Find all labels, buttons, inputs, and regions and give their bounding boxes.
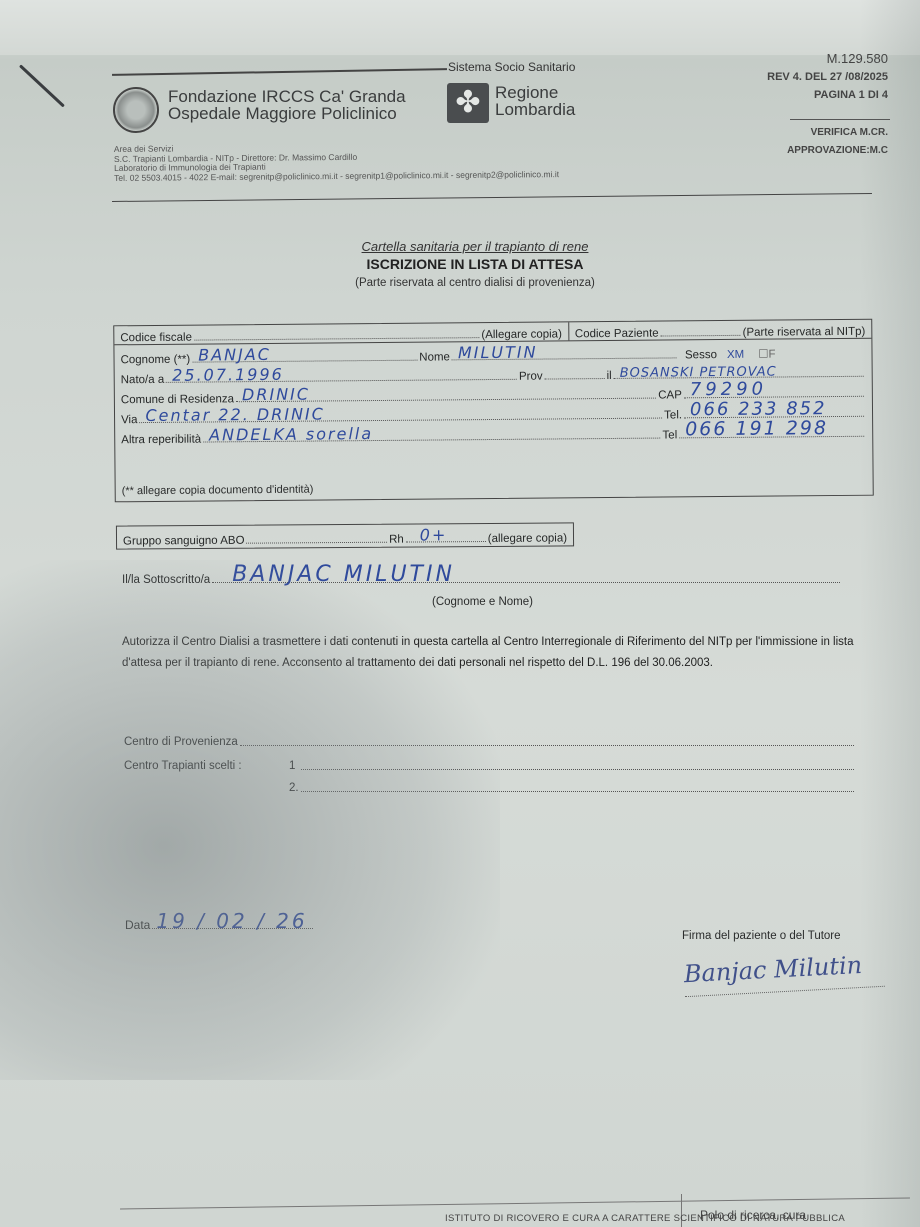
centro-trapianti-row-2: 2.: [289, 782, 856, 794]
photo-edge-shadow: [860, 0, 920, 1227]
nome-value: MILUTIN: [458, 343, 538, 363]
choice-2-number: 2.: [289, 782, 299, 794]
sottoscritto-field[interactable]: BANJAC MILUTIN: [212, 582, 840, 583]
firma-label: Firma del paziente o del Tutore: [682, 930, 841, 942]
via-value: Centar 22. DRINIC: [145, 404, 325, 425]
cognome-nome-caption: (Cognome e Nome): [432, 596, 533, 608]
form-title-block: Cartella sanitaria per il trapianto di r…: [300, 239, 650, 289]
centro-trapianti-row-1: Centro Trapianti scelti : 1: [124, 760, 856, 772]
prov-field[interactable]: [545, 378, 605, 380]
department-info: Area dei Servizi S.C. Trapianti Lombardi…: [114, 141, 559, 183]
paper-background: [0, 0, 920, 1227]
policlinico-seal-icon: [113, 87, 159, 133]
nome-label: Nome: [419, 351, 450, 363]
altra-reperibilita-label: Altra reperibilità: [121, 434, 201, 447]
abo-label: Gruppo sanguigno ABO: [123, 535, 245, 548]
region-name: Regione Lombardia: [495, 84, 575, 118]
tel-label: Tel.: [664, 409, 682, 421]
data-field[interactable]: 19 / 02 / 26: [152, 928, 313, 929]
rh-label: Rh: [389, 534, 404, 546]
rh-field[interactable]: 0+: [406, 541, 486, 543]
codice-paziente-field[interactable]: [661, 335, 741, 337]
footer-tagline: Polo di ricerca, cura: [700, 1208, 806, 1222]
consent-text: Autorizza il Centro Dialisi a trasmetter…: [122, 632, 862, 674]
centro-provenienza-field[interactable]: [240, 745, 854, 746]
codice-fiscale-field[interactable]: [194, 337, 479, 340]
centro-trapianti-1-field[interactable]: [301, 769, 854, 770]
cap-value: 79290: [690, 379, 767, 401]
choice-1-number: 1: [289, 760, 295, 772]
riservata-nitp-note: (Parte riservata al NITp): [743, 326, 866, 339]
centro-trapianti-2-field[interactable]: [301, 791, 854, 792]
tel2-value: 066 191 298: [685, 417, 828, 440]
nato-field[interactable]: 25.07.1996: [166, 379, 517, 383]
sesso-label: Sesso: [685, 349, 717, 361]
il-label: il: [607, 370, 612, 382]
form-subtitle: Cartella sanitaria per il trapianto di r…: [300, 239, 650, 254]
codice-fiscale-label: Codice fiscale: [120, 332, 192, 345]
data-value: 19 / 02 / 26: [156, 909, 307, 933]
data-row: Data 19 / 02 / 26: [125, 918, 315, 932]
abo-field[interactable]: [247, 542, 388, 544]
comune-label: Comune di Residenza: [121, 393, 234, 406]
nato-label: Nato/a a: [121, 374, 165, 386]
sistema-socio-sanitario: Sistema Socio Sanitario: [448, 60, 575, 74]
region-line-2: Lombardia: [495, 101, 575, 118]
sottoscritto-label: Il/la Sottoscritto/a: [122, 574, 210, 586]
altra-reperibilita-value: ANDELKA sorella: [209, 424, 373, 444]
centro-provenienza-label: Centro di Provenienza: [124, 736, 238, 748]
cognome-value: BANJAC: [198, 345, 271, 365]
cognome-field[interactable]: BANJAC: [192, 360, 417, 363]
altra-reperibilita-field[interactable]: ANDELKA sorella: [203, 438, 660, 443]
codice-paziente-label: Codice Paziente: [575, 328, 659, 341]
sesso-m-checkbox[interactable]: XM: [727, 349, 744, 361]
column-divider: [568, 322, 569, 340]
sottoscritto-value: BANJAC MILUTIN: [232, 562, 455, 587]
nato-value: 25.07.1996: [172, 365, 284, 385]
cognome-label: Cognome (**): [120, 354, 190, 367]
data-label: Data: [125, 918, 150, 932]
nome-field[interactable]: MILUTIN: [452, 357, 677, 360]
foundation-name: Fondazione IRCCS Ca' Granda Ospedale Mag…: [168, 88, 406, 122]
photo-top-edge: [0, 0, 920, 55]
allegare-copia-note: (Allegare copia): [481, 328, 562, 341]
form-title: ISCRIZIONE IN LISTA DI ATTESA: [300, 256, 650, 272]
id-document-footnote: (** allegare copia documento d'identità): [122, 484, 314, 498]
prov-label: Prov: [519, 371, 543, 383]
foundation-line-2: Ospedale Maggiore Policlinico: [168, 105, 406, 122]
blood-group-box: Gruppo sanguigno ABO Rh 0+ (allegare cop…: [116, 522, 574, 549]
region-line-1: Regione: [495, 84, 575, 101]
sottoscritto-row: Il/la Sottoscritto/a BANJAC MILUTIN: [122, 564, 842, 586]
cap-label: CAP: [658, 389, 682, 401]
tel2-label: Tel: [662, 429, 677, 441]
comune-value: DRINIC: [242, 385, 310, 405]
sesso-f-checkbox[interactable]: ☐F: [758, 347, 775, 361]
foundation-line-1: Fondazione IRCCS Ca' Granda: [168, 88, 406, 105]
allegare-copia-note: (allegare copia): [488, 532, 567, 545]
centro-trapianti-label: Centro Trapianti scelti :: [124, 760, 289, 772]
via-label: Via: [121, 414, 138, 426]
patient-data-box: Codice fiscale (Allegare copia) Codice P…: [113, 319, 874, 503]
lombardia-rose-icon: ✤: [447, 83, 489, 123]
tel2-field[interactable]: 066 191 298: [679, 436, 864, 439]
form-note: (Parte riservata al centro dialisi di pr…: [300, 277, 650, 289]
centro-provenienza-row: Centro di Provenienza: [124, 736, 856, 748]
rh-value: 0+: [420, 525, 448, 544]
